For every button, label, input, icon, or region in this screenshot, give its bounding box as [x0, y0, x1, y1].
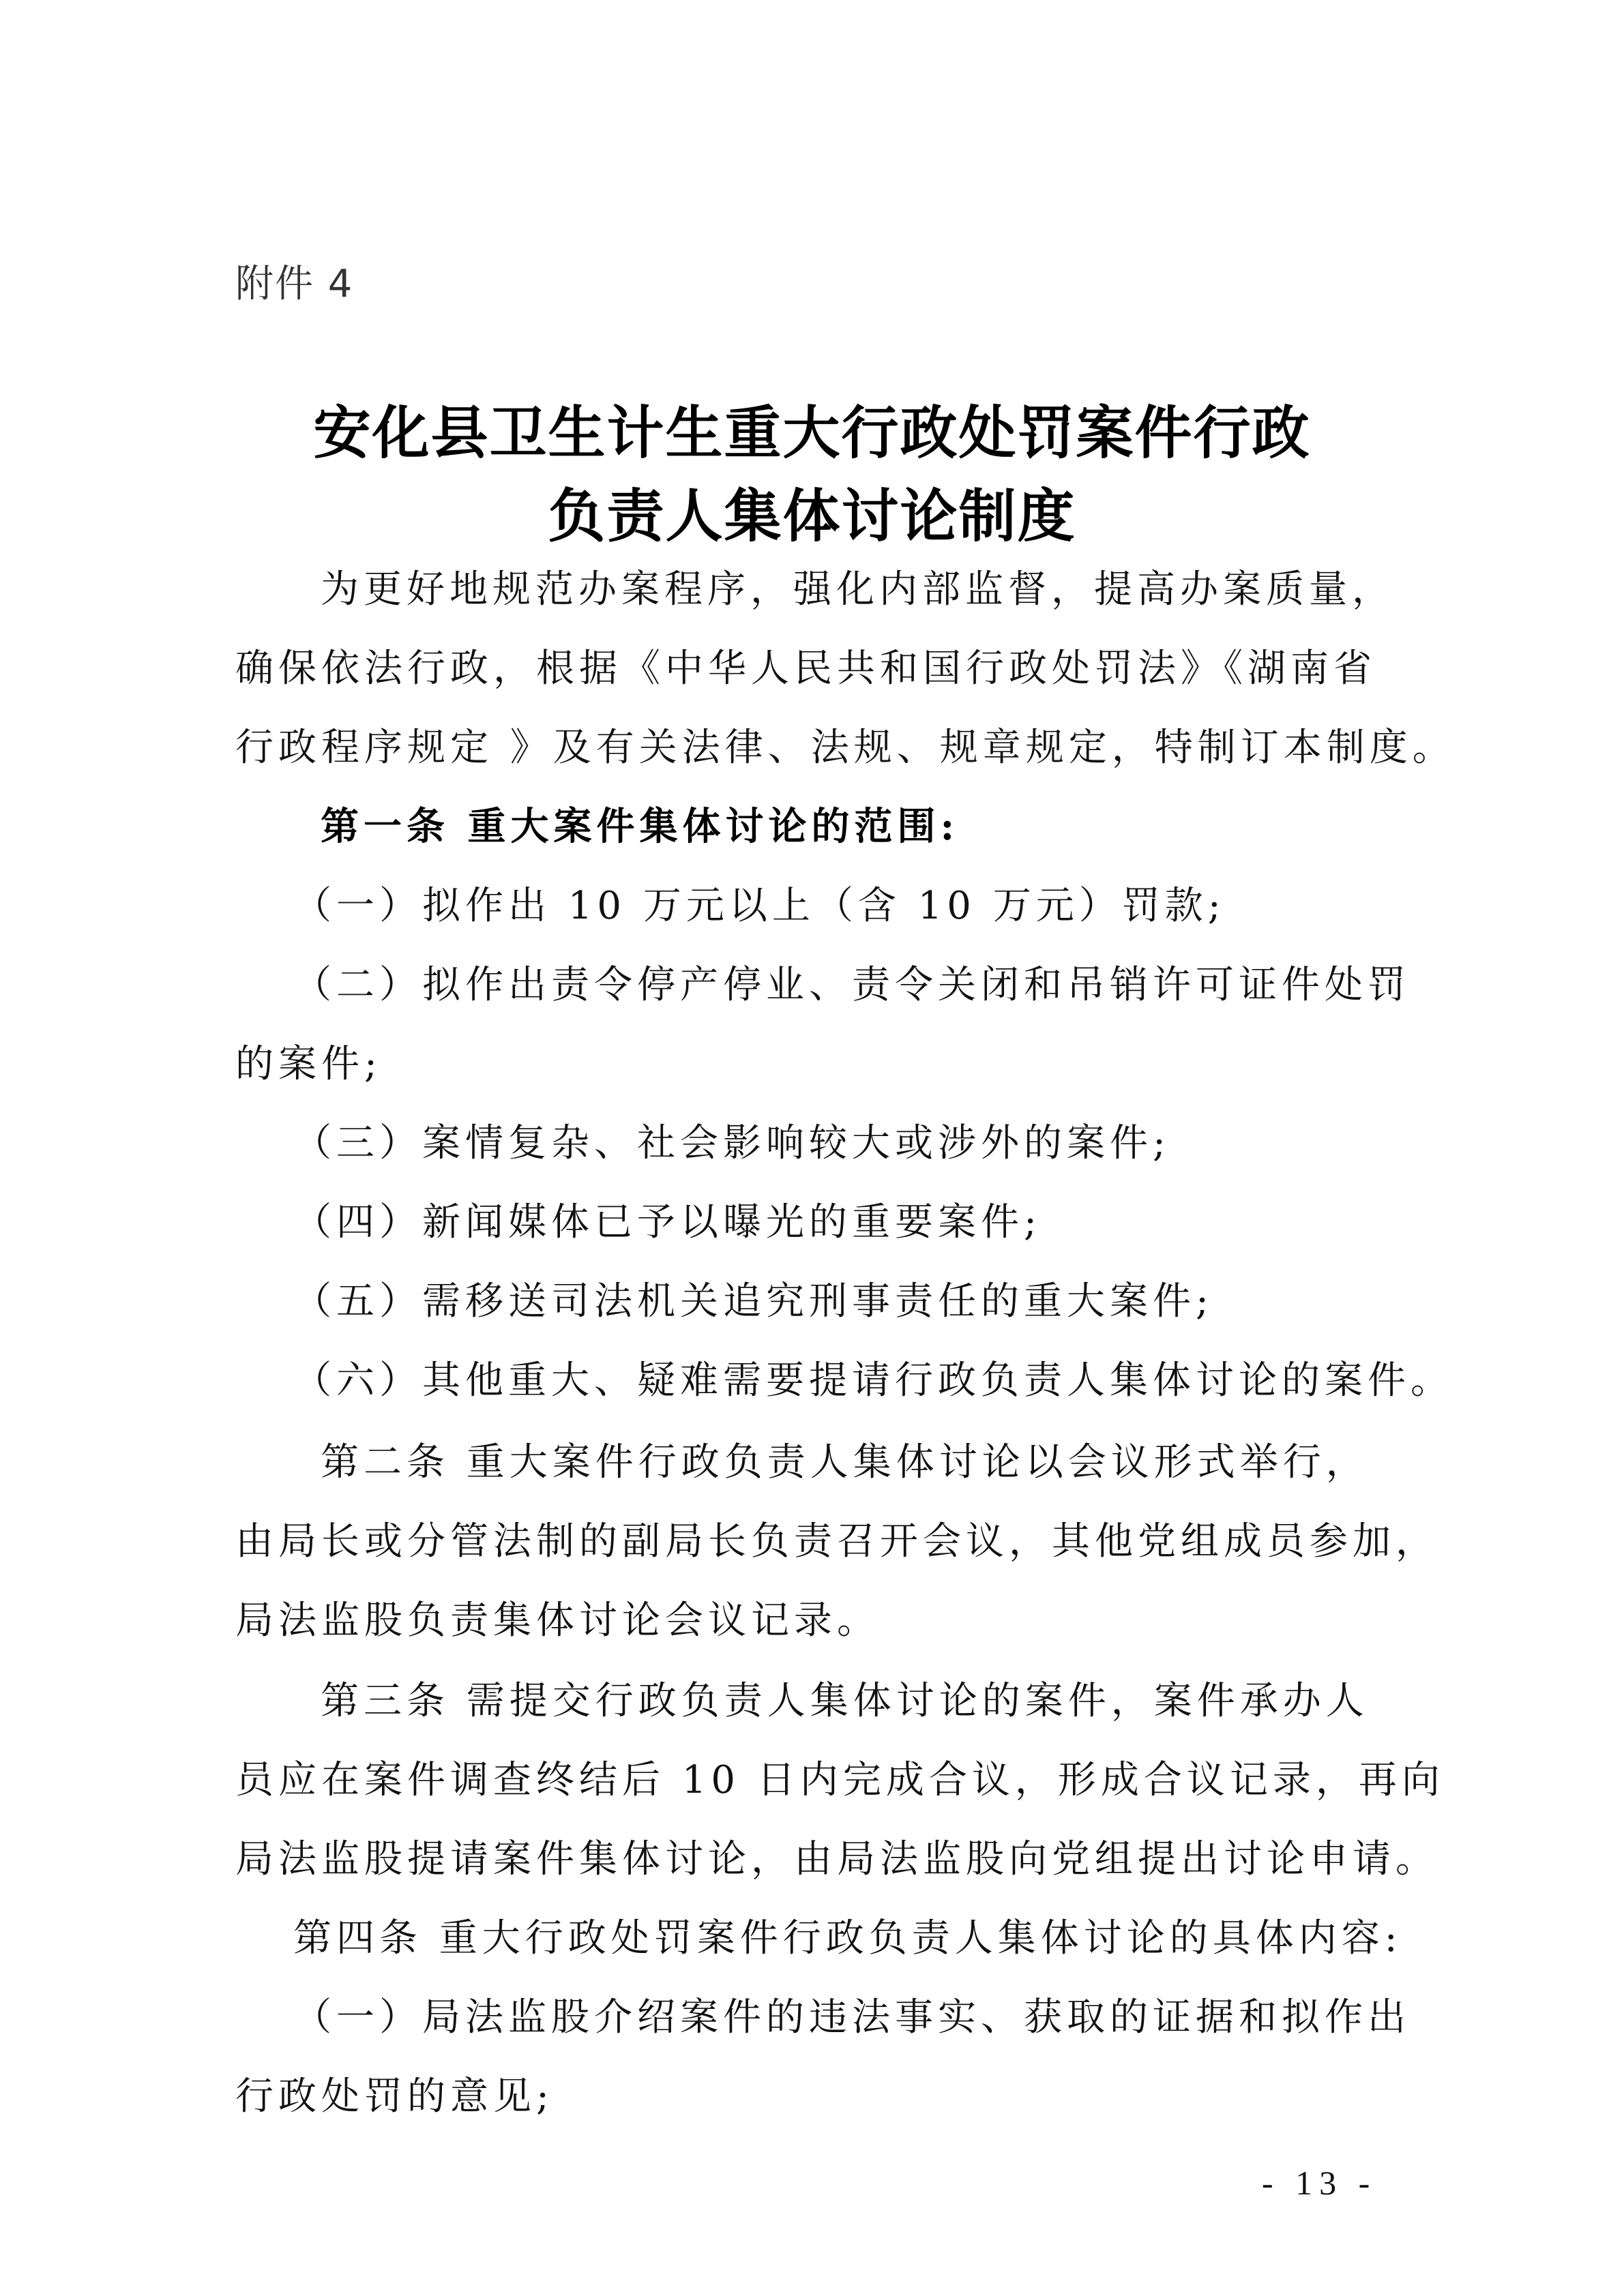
body-line: 员应在案件调查终结后 10 日内完成合议，形成合议记录，再向: [235, 1750, 1426, 1804]
list-item: （二）拟作出责令停产停业、责令关闭和吊销许可证件处罚: [293, 955, 1483, 1009]
article-3: 第三条 需提交行政负责人集体讨论的案件，案件承办人: [321, 1671, 1511, 1725]
article-1-heading: 第一条 重大案件集体讨论的范围:: [321, 796, 1511, 851]
attachment-label: 附件 4: [235, 254, 353, 308]
document-title-line-1: 安化县卫生计生重大行政处罚案件行政: [0, 387, 1624, 470]
list-item: （三）案情复杂、社会影响较大或涉外的案件;: [293, 1113, 1483, 1167]
body-line: 行政程序规定 》及有关法律、法规、规章规定，特制订本制度。: [235, 717, 1426, 772]
document-title-line-2: 负责人集体讨论制度: [0, 471, 1624, 553]
body-line: 局法监股负责集体讨论会议记录。: [235, 1590, 1426, 1645]
article-4: 第四条 重大行政处罚案件行政负责人集体讨论的具体内容:: [293, 1908, 1483, 1963]
list-item: （五）需移送司法机关追究刑事责任的重大案件;: [293, 1271, 1483, 1326]
list-item: （四）新闻媒体已予以曝光的重要案件;: [293, 1192, 1483, 1247]
body-line: 确保依法行政，根据《中华人民共和国行政处罚法》《湖南省: [235, 638, 1426, 693]
list-item: （一）局法监股介绍案件的违法事实、获取的证据和拟作出: [293, 1987, 1483, 2042]
body-line: 的案件;: [235, 1034, 1426, 1088]
list-item: （一）拟作出 10 万元以上（含 10 万元）罚款;: [293, 876, 1483, 930]
article-2: 第二条 重大案件行政负责人集体讨论以会议形式举行，: [321, 1432, 1511, 1487]
body-line: 局法监股提请案件集体讨论，由局法监股向党组提出讨论申请。: [235, 1829, 1426, 1883]
list-item: （六）其他重大、疑难需要提请行政负责人集体讨论的案件。: [293, 1350, 1483, 1405]
document-page: 附件 4 安化县卫生计生重大行政处罚案件行政 负责人集体讨论制度 为更好地规范办…: [0, 0, 1624, 2296]
body-line: 为更好地规范办案程序，强化内部监督，提高办案质量，: [321, 559, 1511, 614]
body-line: 由局长或分管法制的副局长负责召开会议，其他党组成员参加，: [235, 1511, 1426, 1566]
body-line: 行政处罚的意见;: [235, 2066, 1426, 2121]
page-number: - 13 -: [1262, 2163, 1376, 2203]
